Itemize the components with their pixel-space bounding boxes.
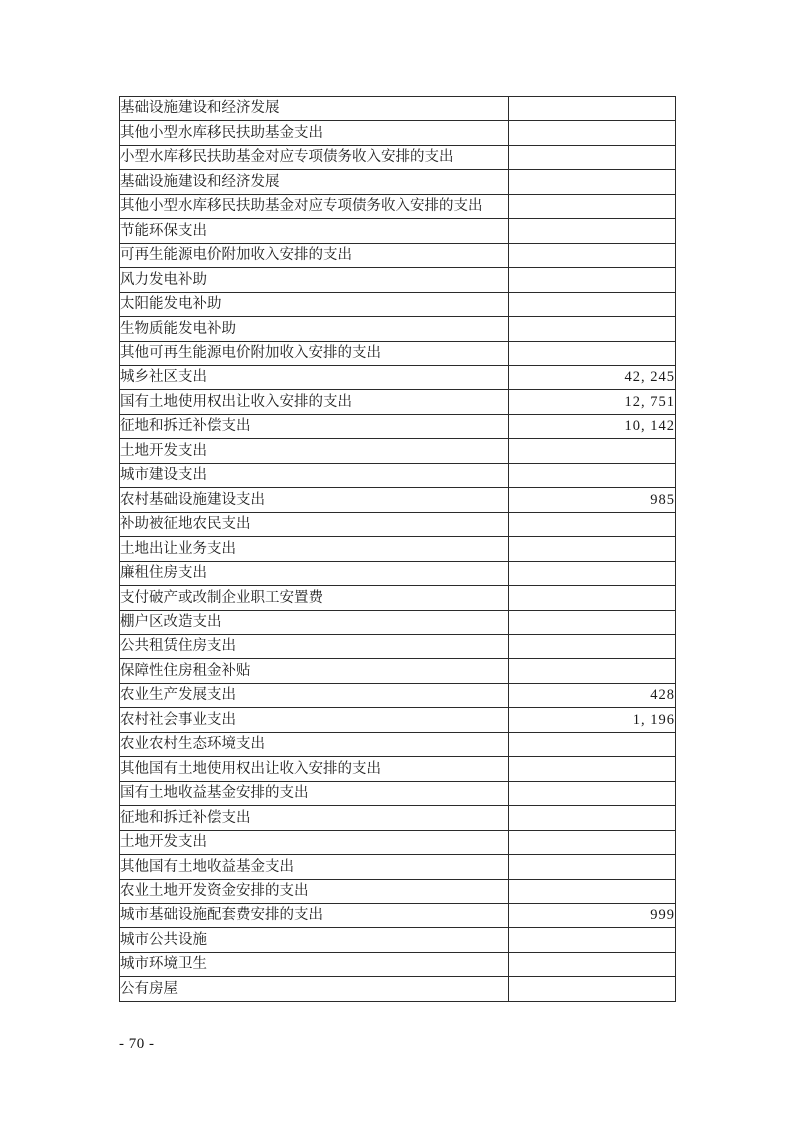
- table-row: 城市环境卫生: [120, 952, 676, 976]
- table-row: 公有房屋: [120, 977, 676, 1002]
- item-value-cell: [509, 830, 676, 854]
- item-value-cell: [509, 586, 676, 610]
- item-value-cell: [509, 659, 676, 683]
- item-value-cell: 985: [509, 488, 676, 512]
- item-name-cell: 保障性住房租金补贴: [120, 659, 509, 683]
- item-name-cell: 补助被征地农民支出: [120, 512, 509, 536]
- item-name-cell: 城市基础设施配套费安排的支出: [120, 903, 509, 927]
- table-row: 生物质能发电补助: [120, 317, 676, 341]
- table-row: 农业土地开发资金安排的支出: [120, 879, 676, 903]
- item-name-cell: 小型水库移民扶助基金对应专项债务收入安排的支出: [120, 145, 509, 169]
- item-value-cell: [509, 121, 676, 145]
- item-value-cell: [509, 341, 676, 365]
- item-name-cell: 其他国有土地使用权出让收入安排的支出: [120, 757, 509, 781]
- item-name-cell: 廉租住房支出: [120, 561, 509, 585]
- item-name-cell: 支付破产或改制企业职工安置费: [120, 586, 509, 610]
- item-value-cell: [509, 97, 676, 121]
- item-value-cell: [509, 561, 676, 585]
- document-page: 基础设施建设和经济发展其他小型水库移民扶助基金支出小型水库移民扶助基金对应专项债…: [0, 0, 793, 1122]
- item-value-cell: [509, 537, 676, 561]
- item-value-cell: [509, 610, 676, 634]
- table-row: 国有土地使用权出让收入安排的支出12, 751: [120, 390, 676, 414]
- item-name-cell: 公共租赁住房支出: [120, 634, 509, 658]
- item-value-cell: [509, 928, 676, 952]
- item-value-cell: [509, 463, 676, 487]
- table-row: 城市基础设施配套费安排的支出999: [120, 903, 676, 927]
- table-row: 小型水库移民扶助基金对应专项债务收入安排的支出: [120, 145, 676, 169]
- item-value-cell: [509, 512, 676, 536]
- item-value-cell: [509, 219, 676, 243]
- item-name-cell: 棚户区改造支出: [120, 610, 509, 634]
- item-value-cell: [509, 732, 676, 756]
- item-value-cell: 1, 196: [509, 708, 676, 732]
- table-row: 廉租住房支出: [120, 561, 676, 585]
- item-name-cell: 其他国有土地收益基金支出: [120, 855, 509, 879]
- item-name-cell: 其他小型水库移民扶助基金对应专项债务收入安排的支出: [120, 194, 509, 218]
- budget-table: 基础设施建设和经济发展其他小型水库移民扶助基金支出小型水库移民扶助基金对应专项债…: [119, 96, 676, 1002]
- item-name-cell: 风力发电补助: [120, 268, 509, 292]
- table-row: 土地开发支出: [120, 830, 676, 854]
- item-value-cell: [509, 781, 676, 805]
- item-value-cell: 428: [509, 683, 676, 707]
- page-number: - 70 -: [119, 1036, 155, 1053]
- item-value-cell: 42, 245: [509, 365, 676, 389]
- item-name-cell: 可再生能源电价附加收入安排的支出: [120, 243, 509, 267]
- item-value-cell: [509, 145, 676, 169]
- table-row: 城市建设支出: [120, 463, 676, 487]
- item-name-cell: 节能环保支出: [120, 219, 509, 243]
- item-value-cell: [509, 879, 676, 903]
- item-name-cell: 农业生产发展支出: [120, 683, 509, 707]
- item-value-cell: [509, 439, 676, 463]
- table-row: 其他国有土地收益基金支出: [120, 855, 676, 879]
- item-name-cell: 土地出让业务支出: [120, 537, 509, 561]
- item-value-cell: [509, 317, 676, 341]
- table-row: 城市公共设施: [120, 928, 676, 952]
- item-name-cell: 生物质能发电补助: [120, 317, 509, 341]
- table-row: 其他可再生能源电价附加收入安排的支出: [120, 341, 676, 365]
- table-row: 支付破产或改制企业职工安置费: [120, 586, 676, 610]
- item-name-cell: 土地开发支出: [120, 830, 509, 854]
- item-name-cell: 其他可再生能源电价附加收入安排的支出: [120, 341, 509, 365]
- item-name-cell: 其他小型水库移民扶助基金支出: [120, 121, 509, 145]
- table-row: 国有土地收益基金安排的支出: [120, 781, 676, 805]
- item-name-cell: 城市环境卫生: [120, 952, 509, 976]
- table-row: 风力发电补助: [120, 268, 676, 292]
- table-row: 其他小型水库移民扶助基金支出: [120, 121, 676, 145]
- item-value-cell: 999: [509, 903, 676, 927]
- item-name-cell: 城市公共设施: [120, 928, 509, 952]
- item-value-cell: [509, 806, 676, 830]
- item-name-cell: 农村基础设施建设支出: [120, 488, 509, 512]
- item-value-cell: [509, 952, 676, 976]
- item-value-cell: [509, 855, 676, 879]
- item-value-cell: [509, 292, 676, 316]
- table-row: 基础设施建设和经济发展: [120, 170, 676, 194]
- item-name-cell: 国有土地收益基金安排的支出: [120, 781, 509, 805]
- table-row: 农业生产发展支出428: [120, 683, 676, 707]
- item-name-cell: 农业农村生态环境支出: [120, 732, 509, 756]
- table-row: 其他小型水库移民扶助基金对应专项债务收入安排的支出: [120, 194, 676, 218]
- item-name-cell: 农业土地开发资金安排的支出: [120, 879, 509, 903]
- item-name-cell: 征地和拆迁补偿支出: [120, 806, 509, 830]
- table-row: 可再生能源电价附加收入安排的支出: [120, 243, 676, 267]
- item-name-cell: 土地开发支出: [120, 439, 509, 463]
- item-value-cell: [509, 194, 676, 218]
- table-row: 其他国有土地使用权出让收入安排的支出: [120, 757, 676, 781]
- item-name-cell: 农村社会事业支出: [120, 708, 509, 732]
- item-value-cell: [509, 977, 676, 1002]
- table-row: 公共租赁住房支出: [120, 634, 676, 658]
- item-value-cell: [509, 634, 676, 658]
- table-row: 征地和拆迁补偿支出: [120, 806, 676, 830]
- budget-table-body: 基础设施建设和经济发展其他小型水库移民扶助基金支出小型水库移民扶助基金对应专项债…: [120, 97, 676, 1002]
- item-value-cell: [509, 243, 676, 267]
- item-value-cell: 12, 751: [509, 390, 676, 414]
- item-name-cell: 城市建设支出: [120, 463, 509, 487]
- table-row: 基础设施建设和经济发展: [120, 97, 676, 121]
- item-value-cell: [509, 268, 676, 292]
- table-row: 节能环保支出: [120, 219, 676, 243]
- item-name-cell: 国有土地使用权出让收入安排的支出: [120, 390, 509, 414]
- item-name-cell: 基础设施建设和经济发展: [120, 97, 509, 121]
- table-row: 太阳能发电补助: [120, 292, 676, 316]
- table-row: 棚户区改造支出: [120, 610, 676, 634]
- table-row: 农业农村生态环境支出: [120, 732, 676, 756]
- table-row: 土地出让业务支出: [120, 537, 676, 561]
- table-row: 补助被征地农民支出: [120, 512, 676, 536]
- item-name-cell: 基础设施建设和经济发展: [120, 170, 509, 194]
- table-row: 土地开发支出: [120, 439, 676, 463]
- table-row: 保障性住房租金补贴: [120, 659, 676, 683]
- table-row: 农村社会事业支出1, 196: [120, 708, 676, 732]
- item-value-cell: [509, 757, 676, 781]
- item-name-cell: 征地和拆迁补偿支出: [120, 414, 509, 438]
- table-row: 征地和拆迁补偿支出10, 142: [120, 414, 676, 438]
- item-name-cell: 公有房屋: [120, 977, 509, 1002]
- item-value-cell: [509, 170, 676, 194]
- table-row: 农村基础设施建设支出985: [120, 488, 676, 512]
- table-row: 城乡社区支出42, 245: [120, 365, 676, 389]
- item-name-cell: 太阳能发电补助: [120, 292, 509, 316]
- item-name-cell: 城乡社区支出: [120, 365, 509, 389]
- item-value-cell: 10, 142: [509, 414, 676, 438]
